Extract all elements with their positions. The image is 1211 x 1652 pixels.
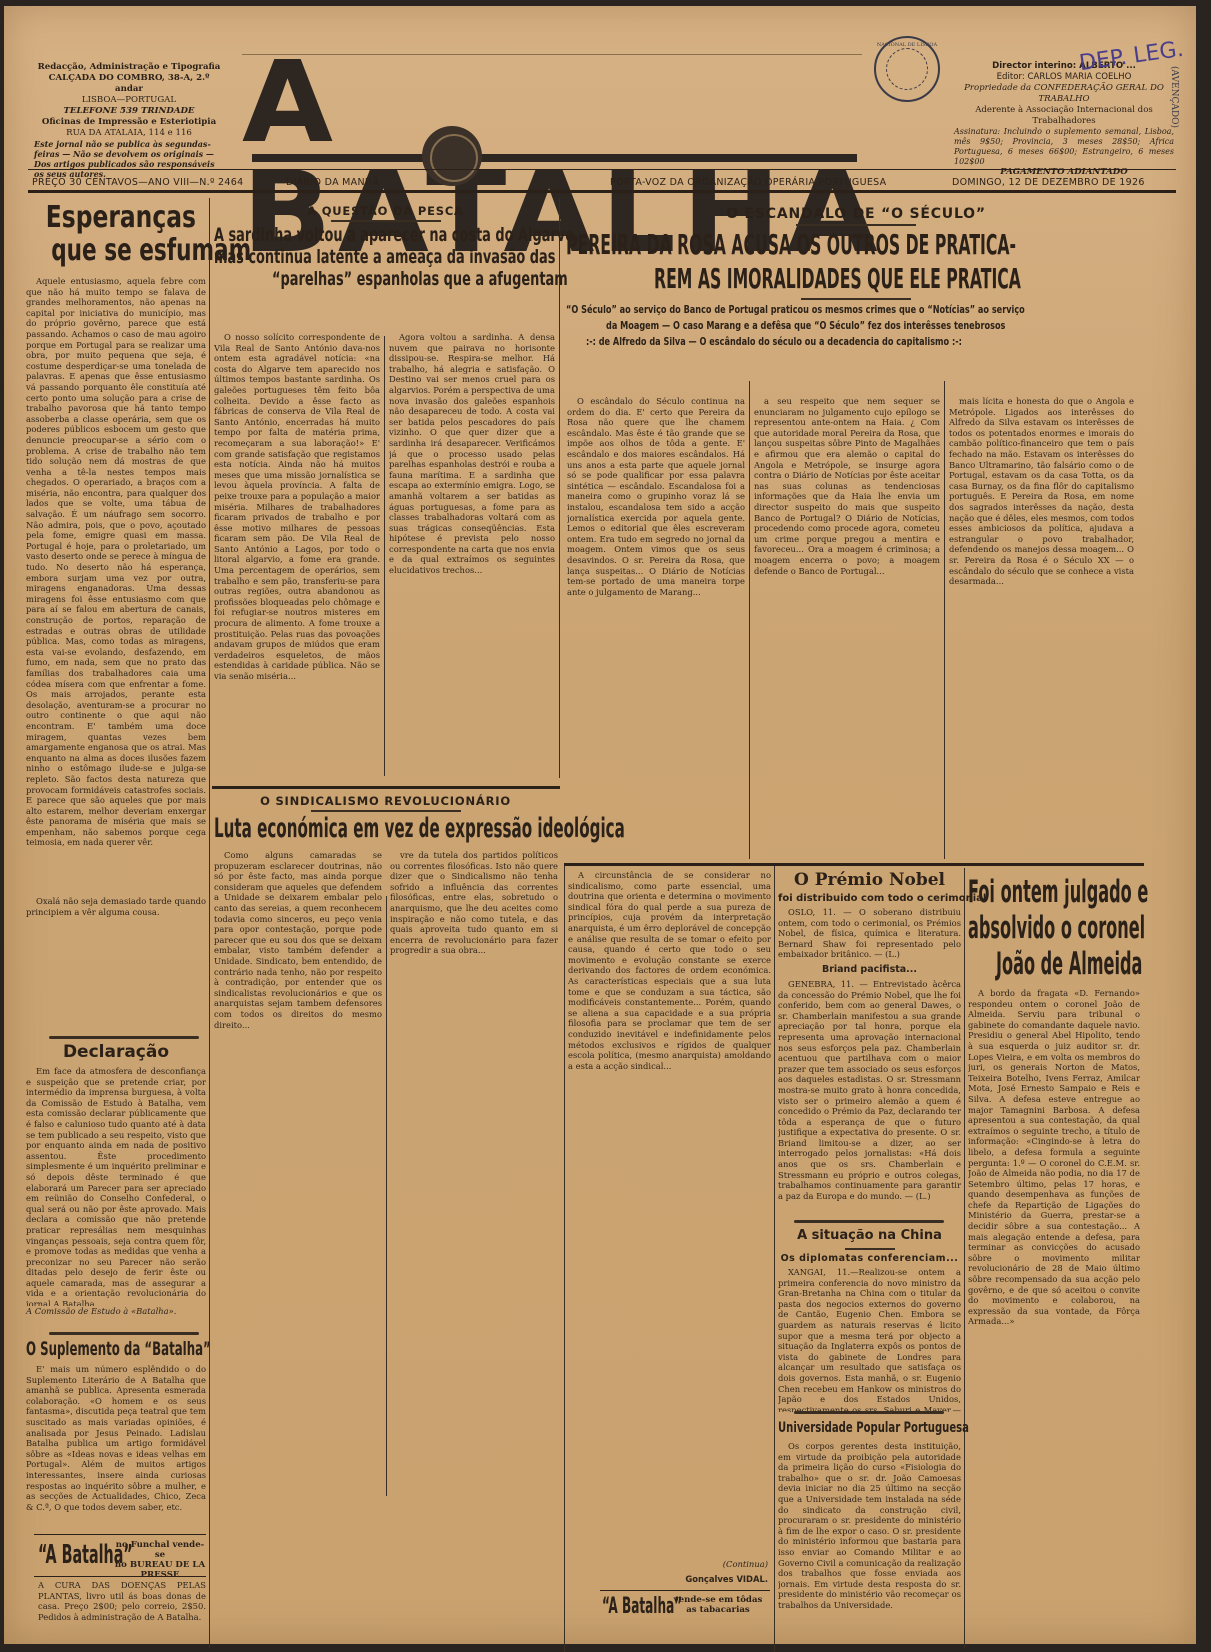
sindicalismo-col-2: vre da tutela dos partidos políticos ou … — [390, 850, 558, 1645]
info-line: LISBOA—PORTUGAL — [34, 95, 224, 106]
avencado-stamp: (AVENÇADO) — [1169, 66, 1179, 128]
article-body: Os corpos gerentes desta instituição, em… — [778, 1441, 961, 1646]
article-kicker: O SINDICALISMO REVOLUCIONÁRIO — [214, 794, 557, 808]
globe-emblem-icon — [422, 126, 482, 186]
seal-text: NACIONAL DE LISBOA — [876, 42, 938, 48]
title-rule — [845, 1248, 895, 1250]
article-declaracao: Declaração Em face da atmosfera de desco… — [26, 1042, 206, 1317]
article-body: A bordo da fragata «D. Fernando» respond… — [968, 988, 1140, 1618]
article-subtitle: foi distribuido com todo o cerimonial — [778, 893, 961, 904]
article-title: O Prémio Nobel — [778, 870, 961, 890]
headline-line: mas continua latente a ameaça da invasão… — [214, 246, 554, 268]
association-line: Aderente à Associação Internacional dos … — [954, 105, 1174, 127]
headline: Luta económica em vez de expressão ideol… — [214, 814, 550, 844]
price-issue: PREÇO 30 CENTAVOS—ANO VIII—N.º 2464 — [32, 177, 243, 188]
headline-line: PEREIRA DA ROSA ACUSA OS OUTROS DE PRATI… — [566, 228, 1182, 262]
article-title: A situação na China — [778, 1226, 961, 1246]
article-body: GENEBRA, 11. — Entrevistado àcêrca da co… — [778, 979, 961, 1214]
ownership-line: Propriedade da CONFEDERAÇÃO GERAL DO TRA… — [954, 83, 1174, 105]
article-universidade: Universidade Popular Portuguesa Os corpo… — [778, 1418, 961, 1646]
article-title: O Suplemento da “Batalha” — [26, 1338, 138, 1360]
sub-heading: Briand pacifista... — [778, 964, 961, 975]
article-pesca: A QUESTÃO DA PESCA A sardinha voltou a a… — [214, 204, 557, 290]
daily-label: DIÁRIO DA MANHÃ — [286, 177, 379, 188]
ad-rule — [34, 1576, 206, 1577]
column-divider — [564, 866, 565, 1652]
info-line: CALÇADA DO COMBRO, 38-A, 2.º andar — [34, 73, 224, 95]
ad-rule — [600, 1590, 770, 1591]
info-line: Oficinas de Impressão e Esteriotipia — [34, 117, 224, 128]
newspaper-logo: A BATALHA — [242, 48, 966, 158]
editorial-note: Este jornal não se publica às segundas-f… — [34, 139, 224, 179]
kicker-rule — [796, 224, 916, 226]
article-title: Esperanças — [46, 202, 186, 234]
info-line: RUA DA ATALAIA, 114 e 116 — [34, 128, 224, 139]
section-rule — [564, 863, 1144, 866]
headline-line: “parelhas” espanholas que a afugentam — [272, 268, 466, 290]
article-almeida: Foi ontem julgado e absolvido o coronel … — [968, 874, 1158, 1618]
article-body: XANGAI, 11.—Realizou-se ontem a primeira… — [778, 1267, 961, 1412]
sindicalismo-col-1: Como alguns camaradas se propuzeram escl… — [214, 850, 382, 1645]
column-divider — [209, 198, 210, 1648]
newspaper-page: Redacção, Administração e Tipografia CAL… — [4, 6, 1196, 1644]
article-title: que se esfumam — [51, 234, 181, 268]
ad-text: vende-se em tôdas as tabacarias — [672, 1595, 764, 1615]
ad-tabacarias: “A Batalha” vende-se em tôdas as tabacar… — [602, 1594, 772, 1624]
ornament-divider — [794, 1220, 944, 1223]
ad-cura-doencas: A CURA DAS DOENÇAS PELAS PLANTAS, livro … — [38, 1580, 206, 1622]
article-china: A situação na China Os diplomatas confer… — [778, 1226, 961, 1412]
continued-label: (Continua) — [568, 1559, 768, 1570]
article-body: E' mais um número esplêndido o do Suplem… — [26, 1364, 206, 1529]
ad-funchal: “A Batalha” no Funchal vende-se no BUREA… — [38, 1538, 208, 1574]
deck-line: “O Século” ao serviço do Banco de Portug… — [566, 302, 1158, 318]
ad-rule — [34, 1534, 206, 1535]
article-title: Universidade Popular Portuguesa — [778, 1418, 910, 1438]
ad-text: no Funchal vende-se no BUREAU DE LA PRES… — [112, 1540, 208, 1580]
article-kicker: O ESCANDALO DE “O SÉCULO” — [566, 206, 1146, 222]
column-divider — [964, 868, 965, 1648]
logo-underline — [252, 154, 857, 162]
editor-line: Editor: CARLOS MARIA COELHO — [954, 72, 1174, 83]
headline-rule — [801, 298, 911, 300]
headline-line: absolvido o coronel — [968, 910, 1176, 946]
headline-line: A sardinha voltou a aparecer na costa do… — [214, 224, 554, 246]
library-seal-icon: NACIONAL DE LISBOA — [874, 36, 940, 102]
ad-brand: “A Batalha” — [602, 1594, 682, 1619]
article-body: Em face da atmosfera de desconfiança e s… — [26, 1066, 206, 1306]
column-divider — [749, 381, 750, 859]
headline-line: REM AS IMORALIDADES QUE ELE PRATICA — [654, 262, 958, 296]
article-kicker: A QUESTÃO DA PESCA — [214, 204, 557, 218]
issue-date: DOMINGO, 12 DE DEZEMBRO DE 1926 — [952, 177, 1145, 188]
column-divider — [386, 896, 387, 1496]
article-subtitle: Os diplomatas conferenciam... — [778, 1253, 961, 1264]
subscription-line: Assinatura: Incluindo o suplemento seman… — [954, 127, 1174, 167]
article-body: Aquele entusiasmo, aquela febre com que … — [26, 276, 206, 896]
seculo-col-3: mais lícita e honesta do que o Angola e … — [949, 396, 1134, 856]
masthead-right-info: Director interino: ALBERTO ... Editor: C… — [954, 61, 1174, 178]
dateline-top-rule — [28, 169, 1176, 170]
article-sindicalismo: O SINDICALISMO REVOLUCIONÁRIO Luta econó… — [214, 794, 557, 844]
kicker-rule — [311, 810, 461, 812]
info-line: TELEFONE 539 TRINDADE — [34, 106, 224, 117]
section-rule — [212, 786, 560, 789]
pesca-col-2: Agora voltou a sardinha. A densa nuvem q… — [389, 332, 555, 772]
ornament-divider — [794, 1411, 944, 1414]
headline-line: João de Almeida — [996, 946, 1080, 982]
ornament-divider — [49, 1332, 199, 1335]
column-divider — [774, 866, 775, 1652]
sindicalismo-col-3: A circunstância de se considerar no sind… — [568, 870, 771, 1535]
article-body: OSLO, 11. — O soberano distribuiu ontem,… — [778, 907, 961, 960]
article-closing: Oxalá não seja demasiado tarde quando pr… — [26, 896, 206, 917]
pesca-col-1: O nosso solícito correspondente de Vila … — [214, 332, 380, 772]
seculo-col-2: a seu respeito que nem sequer se enuncia… — [754, 396, 940, 856]
article-title: Declaração — [26, 1042, 206, 1062]
seculo-col-1: O escândalo do Século continua na ordem … — [567, 396, 745, 856]
column-divider — [944, 381, 945, 859]
kicker-rule — [331, 220, 441, 222]
ornament-divider — [49, 1036, 199, 1039]
article-signature: A Comissão de Estudo à «Batalha». — [26, 1306, 206, 1317]
masthead-left-info: Redacção, Administração e Tipografia CAL… — [34, 62, 224, 179]
deck-line: da Moagem — O caso Marang e a defêsa que… — [606, 318, 1043, 334]
column-divider — [384, 336, 385, 776]
article-author: Gonçalves VIDAL. — [568, 1574, 768, 1585]
article-esperancas: Esperanças que se esfumam Aquele entusia… — [26, 202, 206, 917]
article-nobel: O Prémio Nobel foi distribuido com todo … — [778, 870, 961, 1214]
info-line: Redacção, Administração e Tipografia — [34, 62, 224, 73]
article-seculo: O ESCANDALO DE “O SÉCULO” PEREIRA DA ROS… — [566, 206, 1196, 350]
motto: PORTA-VOZ DA ORGANIZAÇÃO OPERÁRIA PORTUG… — [610, 177, 886, 188]
headline-line: Foi ontem julgado e — [968, 874, 1176, 910]
dateline-bottom-rule — [28, 190, 1176, 193]
deck-line: :-: de Alfredo da Silva — O escândalo do… — [586, 334, 1037, 350]
article-suplemento: O Suplemento da “Batalha” E' mais um núm… — [26, 1338, 206, 1529]
